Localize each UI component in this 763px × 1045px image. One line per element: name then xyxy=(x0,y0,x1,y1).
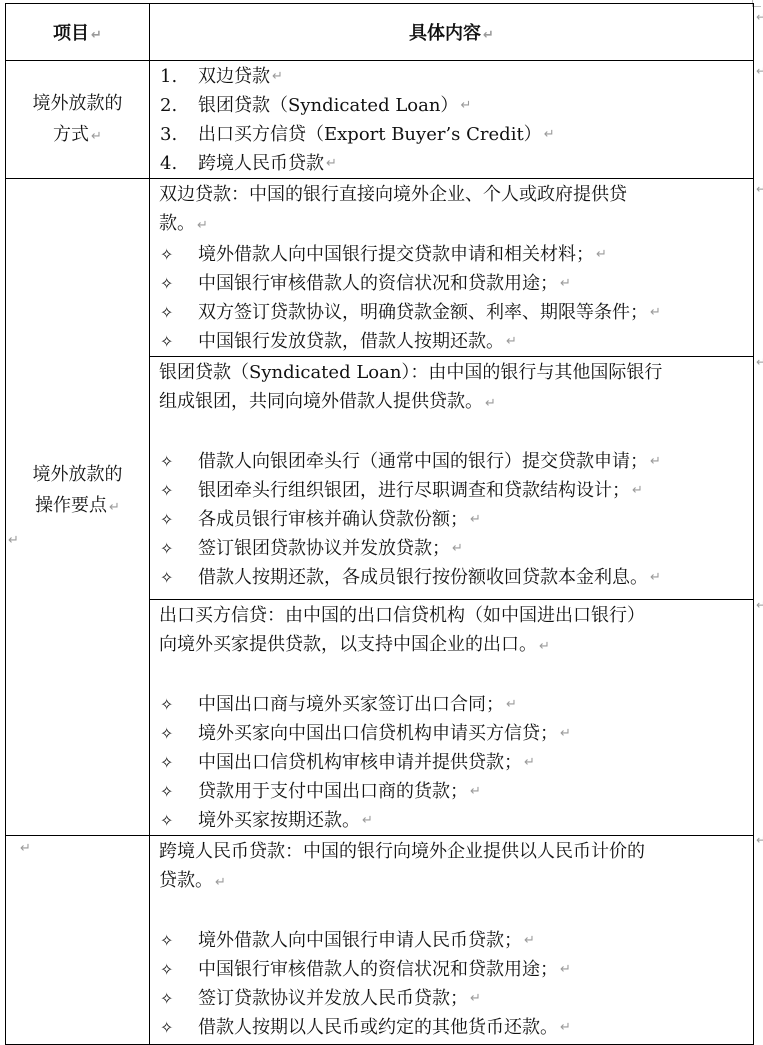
list-item: 3.出口买方信贷（Export Buyer’s Credit）↵ xyxy=(150,120,753,149)
row-end-mark: ↵ xyxy=(756,182,763,196)
bullet-item: ✧借款人按期以人民币或约定的其他货币还款。↵ xyxy=(150,1013,753,1042)
bullet-icon: ✧ xyxy=(160,719,198,748)
bullet-icon: ✧ xyxy=(160,563,198,592)
bullet-item: ✧银团牵头行组织银团，进行尽职调查和贷款结构设计；↵ xyxy=(150,476,753,505)
section-intro: 跨境人民币贷款：中国的银行向境外企业提供以人民币计价的贷款。↵ xyxy=(150,837,753,897)
row-end-mark: ↵ xyxy=(756,64,763,78)
bullet-item: ✧中国出口信贷机构审核申请并提供贷款；↵ xyxy=(150,748,753,777)
bullet-item: ✧中国出口商与境外买家签订出口合同；↵ xyxy=(150,690,753,719)
bullet-icon: ✧ xyxy=(160,806,198,835)
bullet-item: ✧贷款用于支付中国出口商的货款；↵ xyxy=(150,777,753,806)
bullet-item: ✧签订银团贷款协议并发放贷款；↵ xyxy=(150,534,753,563)
bullet-icon: ✧ xyxy=(160,447,198,476)
row-methods: 境外放款的 方式↵ 1.双边贷款↵ 2.银团贷款（Syndicated Loan… xyxy=(6,61,754,179)
bullet-icon: ✧ xyxy=(160,690,198,719)
methods-label-cell[interactable]: 境外放款的 方式↵ xyxy=(6,61,150,179)
bullet-icon: ✧ xyxy=(160,955,198,984)
row-end-mark: ↵ xyxy=(756,598,763,612)
bullet-icon: ✧ xyxy=(160,298,198,327)
paragraph-mark: ↵ xyxy=(483,28,494,43)
bullet-icon: ✧ xyxy=(160,984,198,1013)
bullet-item: ✧中国银行审核借款人的资信状况和贷款用途；↵ xyxy=(150,269,753,298)
row-rmb-loan: ↵ 跨境人民币贷款：中国的银行向境外企业提供以人民币计价的贷款。↵ ✧境外借款人… xyxy=(6,836,754,1045)
section-intro: 银团贷款（Syndicated Loan）：由中国的银行与其他国际银行组成银团，… xyxy=(150,358,753,418)
bullet-icon: ✧ xyxy=(160,926,198,955)
bilateral-cell[interactable]: 双边贷款：中国的银行直接向境外企业、个人或政府提供贷款。↵ ✧境外借款人向中国银… xyxy=(150,179,754,357)
bullet-item: ✧借款人按期还款，各成员银行按份额收回贷款本金利息。↵ xyxy=(150,563,753,592)
ops-label-cell[interactable]: 境外放款的 操作要点↵ ↵ xyxy=(6,179,150,836)
list-item: 4.跨境人民币贷款↵ xyxy=(150,149,753,178)
bullet-item: ✧中国银行审核借款人的资信状况和贷款用途；↵ xyxy=(150,955,753,984)
export-credit-cell[interactable]: 出口买方信贷：由中国的出口信贷机构（如中国进出口银行）向境外买家提供贷款，以支持… xyxy=(150,600,754,836)
paragraph-mark: ↵ xyxy=(91,28,102,43)
list-item: 1.双边贷款↵ xyxy=(150,62,753,91)
content-table: 项目↵ 具体内容↵ 境外放款的 方式↵ 1.双边贷款↵ 2.银团贷款（Syndi… xyxy=(5,3,754,1045)
bullet-item: ✧境外借款人向中国银行提交贷款申请和相关材料；↵ xyxy=(150,240,753,269)
paragraph-mark: ↵ xyxy=(109,500,120,515)
paragraph-mark: ↵ xyxy=(8,533,19,548)
bullet-icon: ✧ xyxy=(160,240,198,269)
bullet-item: ✧境外买家按期还款。↵ xyxy=(150,806,753,835)
methods-content-cell[interactable]: 1.双边贷款↵ 2.银团贷款（Syndicated Loan）↵ 3.出口买方信… xyxy=(150,61,754,179)
bullet-icon: ✧ xyxy=(160,748,198,777)
row-ops-bilateral: 境外放款的 操作要点↵ ↵ 双边贷款：中国的银行直接向境外企业、个人或政府提供贷… xyxy=(6,179,754,357)
bullet-icon: ✧ xyxy=(160,1013,198,1042)
row-end-mark: ↵ xyxy=(756,10,763,24)
rmb-label-cell[interactable]: ↵ xyxy=(6,836,150,1045)
paragraph-mark: ↵ xyxy=(20,841,31,856)
bullet-item: ✧借款人向银团牵头行（通常中国的银行）提交贷款申请；↵ xyxy=(150,447,753,476)
bullet-icon: ✧ xyxy=(160,327,198,356)
bullet-icon: ✧ xyxy=(160,505,198,534)
list-item: 2.银团贷款（Syndicated Loan）↵ xyxy=(150,91,753,120)
section-intro: 出口买方信贷：由中国的出口信贷机构（如中国进出口银行）向境外买家提供贷款，以支持… xyxy=(150,601,753,661)
section-intro: 双边贷款：中国的银行直接向境外企业、个人或政府提供贷款。↵ xyxy=(150,180,753,240)
row-end-mark: ↵ xyxy=(756,355,763,369)
header-cell-item[interactable]: 项目↵ xyxy=(6,4,150,61)
bullet-icon: ✧ xyxy=(160,534,198,563)
rmb-content-cell[interactable]: 跨境人民币贷款：中国的银行向境外企业提供以人民币计价的贷款。↵ ✧境外借款人向中… xyxy=(150,836,754,1045)
bullet-item: ✧境外买家向中国出口信贷机构申请买方信贷；↵ xyxy=(150,719,753,748)
syndicated-cell[interactable]: 银团贷款（Syndicated Loan）：由中国的银行与其他国际银行组成银团，… xyxy=(150,357,754,600)
paragraph-mark: ↵ xyxy=(91,129,102,144)
bullet-item: ✧各成员银行审核并确认贷款份额；↵ xyxy=(150,505,753,534)
header-cell-content[interactable]: 具体内容↵ xyxy=(150,4,754,61)
bullet-icon: ✧ xyxy=(160,777,198,806)
bullet-item: ✧双方签订贷款协议，明确贷款金额、利率、期限等条件；↵ xyxy=(150,298,753,327)
bullet-item: ✧境外借款人向中国银行申请人民币贷款；↵ xyxy=(150,926,753,955)
bullet-icon: ✧ xyxy=(160,476,198,505)
bullet-icon: ✧ xyxy=(160,269,198,298)
bullet-item: ✧签订贷款协议并发放人民币贷款；↵ xyxy=(150,984,753,1013)
bullet-item: ✧中国银行发放贷款，借款人按期还款。↵ xyxy=(150,327,753,356)
header-row: 项目↵ 具体内容↵ xyxy=(6,4,754,61)
row-end-mark: ↵ xyxy=(756,833,763,847)
